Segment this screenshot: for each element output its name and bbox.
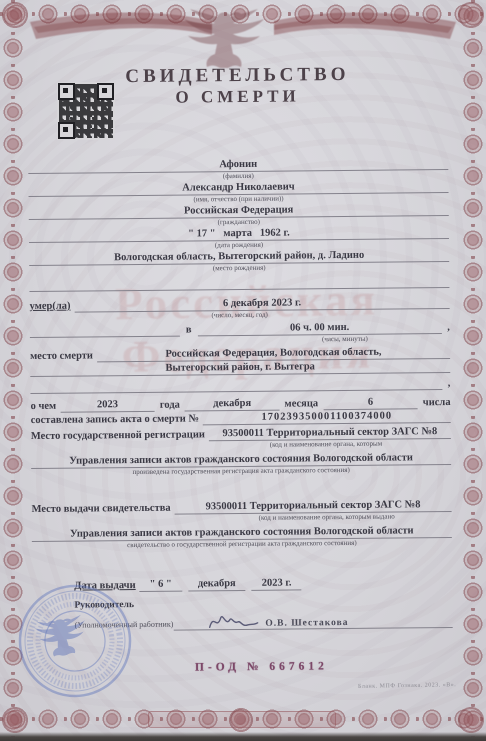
death-certificate-photo: Российская Федерация СВИДЕТЕЛЬСТВО О СМЕ… — [0, 0, 486, 741]
border-corner-rosette — [456, 705, 486, 735]
blank-underline — [29, 274, 449, 292]
in-label: в — [180, 323, 198, 336]
signer-name: О.В. Шестакова — [265, 618, 348, 629]
handwritten-signature — [207, 611, 259, 631]
reg-place-label: Место государственной регистрации — [31, 428, 209, 443]
printer-imprint: Бланк. МПФ Гознака. 2023. «В». — [358, 682, 456, 690]
certificate-series-number: П-ОД № 667612 — [195, 660, 328, 673]
died-label: умер(ла) — [30, 300, 75, 313]
border-top-ornament — [0, 1, 486, 28]
comma: , — [442, 377, 450, 390]
act-number-label: составлена запись акта о смерти № — [31, 412, 203, 427]
death-time-value: 06 ч. 00 мин. — [197, 320, 441, 336]
birth-month: марта — [223, 228, 252, 239]
act-year: 2023 — [60, 398, 155, 413]
blank-underline — [30, 323, 180, 338]
mesyaca-label: месяца — [279, 397, 323, 410]
border-right-ornament — [460, 0, 486, 741]
signature-line: О.В. Шестакова — [173, 609, 452, 631]
issue-date-year: 2023 г. — [252, 576, 302, 590]
issue-place-value: 93500011 Территориальный сектор ЗАГС №8 — [175, 498, 452, 515]
blank-line: , — [30, 376, 450, 394]
issue-place-label: Место выдачи свидетельства — [31, 502, 174, 516]
head-label: Руководитель — [74, 599, 138, 613]
document-title: СВИДЕТЕЛЬСТВО О СМЕРТИ — [27, 62, 447, 109]
border-corner-rosette — [456, 0, 486, 30]
border-left-ornament — [0, 0, 26, 741]
death-place-label: место смерти — [30, 349, 97, 363]
certificate-content: СВИДЕТЕЛЬСТВО О СМЕРТИ Афонин (фамилия) … — [27, 62, 452, 632]
issue-date-row: Дата выдачи " 6 " декабря 2023 г. — [32, 575, 452, 593]
issue-date-month: декабря — [188, 577, 246, 592]
blank-underline — [30, 376, 442, 394]
act-day: 6 — [323, 395, 418, 410]
worker-caption: (Уполномоченный работник) — [75, 619, 174, 632]
issue-date-label: Дата выдачи — [74, 579, 139, 593]
signature-row: (Уполномоченный работник) О.В. Шестакова — [33, 609, 453, 632]
birth-year: 1962 г. — [260, 228, 290, 239]
o-chem-label: о чем — [30, 400, 60, 413]
border-bottom-medallion — [228, 707, 254, 733]
border-corner-rosette — [0, 0, 30, 30]
border-corner-rosette — [0, 705, 30, 735]
issue-date-day: " 6 " — [140, 578, 182, 592]
act-month: декабря — [185, 397, 280, 412]
act-number-value: 170239350001100374000 — [203, 409, 451, 425]
comma: , — [442, 321, 450, 334]
birth-day: " 17 " — [188, 228, 216, 239]
blank-line — [29, 274, 449, 292]
death-place-row2: Вытегорский район, г. Вытегра — [30, 359, 450, 377]
chisla-label: числа — [418, 396, 451, 409]
reg-place-value: 93500011 Территориальный сектор ЗАГС №8 — [209, 425, 451, 441]
double-headed-eagle-emblem — [0, 4, 486, 68]
death-place-line2: Вытегорский район, г. Вытегра — [30, 359, 450, 377]
title-line2: О СМЕРТИ — [28, 85, 448, 109]
goda-label: года — [155, 399, 185, 412]
photo-edge-shadow — [0, 732, 486, 741]
